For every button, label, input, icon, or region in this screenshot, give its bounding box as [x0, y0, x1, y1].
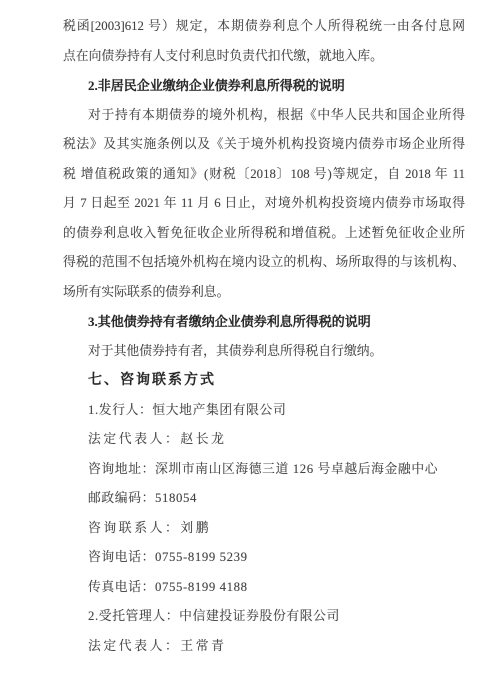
text-line-nonresident-5: 的债券利息收入暂免征收企业所得税和增值税。上述暂免征收企业所: [63, 219, 465, 249]
contact-line-postal-code: 邮政编码：518054: [63, 484, 465, 514]
text-line-nonresident-1: 对于持有本期债券的境外机构，根据《中华人民共和国企业所得: [63, 101, 465, 131]
section-heading-nonresident: 2.非居民企业缴纳企业债券利息所得税的说明: [63, 71, 465, 101]
text-line-nonresident-3: 税 增值税政策的通知》(财税〔2018〕108 号)等规定，自 2018 年 1…: [63, 160, 465, 190]
section-heading-other-holders: 3.其他债券持有者缴纳企业债券利息所得税的说明: [63, 307, 465, 337]
text-line-tax-individual-2: 点在向债券持有人支付利息时负责代扣代缴，就地入库。: [63, 42, 465, 72]
text-line-nonresident-6: 得税的范围不包括境外机构在境内设立的机构、场所取得的与该机构、: [63, 248, 465, 278]
document-page: 税函[2003]612 号）规定，本期债券利息个人所得税统一由各付息网 点在向债…: [0, 0, 500, 679]
document-body: 税函[2003]612 号）规定，本期债券利息个人所得税统一由各付息网 点在向债…: [63, 12, 465, 661]
contact-line-trustee-legal-rep: 法定代表人：王常青: [63, 632, 465, 662]
contact-line-trustee: 2.受托管理人：中信建投证券股份有限公司: [63, 602, 465, 632]
text-line-nonresident-7: 场所有实际联系的债券利息。: [63, 278, 465, 308]
contact-line-fax: 传真电话：0755-8199 4188: [63, 573, 465, 603]
contact-line-contact-person: 咨询联系人：刘鹏: [63, 514, 465, 544]
text-line-nonresident-2: 税法》及其实施条例以及《关于境外机构投资境内债券市场企业所得: [63, 130, 465, 160]
contact-line-issuer: 1.发行人：恒大地产集团有限公司: [63, 396, 465, 426]
contact-line-phone: 咨询电话：0755-8199 5239: [63, 543, 465, 573]
text-line-nonresident-4: 月 7 日起至 2021 年 11 月 6 日止，对境外机构投资境内债券市场取得: [63, 189, 465, 219]
text-line-tax-individual-1: 税函[2003]612 号）规定，本期债券利息个人所得税统一由各付息网: [63, 12, 465, 42]
contact-line-address: 咨询地址：深圳市南山区海德三道 126 号卓越后海金融中心: [63, 455, 465, 485]
section-heading-contact: 七、咨询联系方式: [63, 366, 465, 396]
contact-line-issuer-legal-rep: 法定代表人：赵长龙: [63, 425, 465, 455]
text-line-other-holders: 对于其他债券持有者，其债券利息所得税自行缴纳。: [63, 337, 465, 367]
